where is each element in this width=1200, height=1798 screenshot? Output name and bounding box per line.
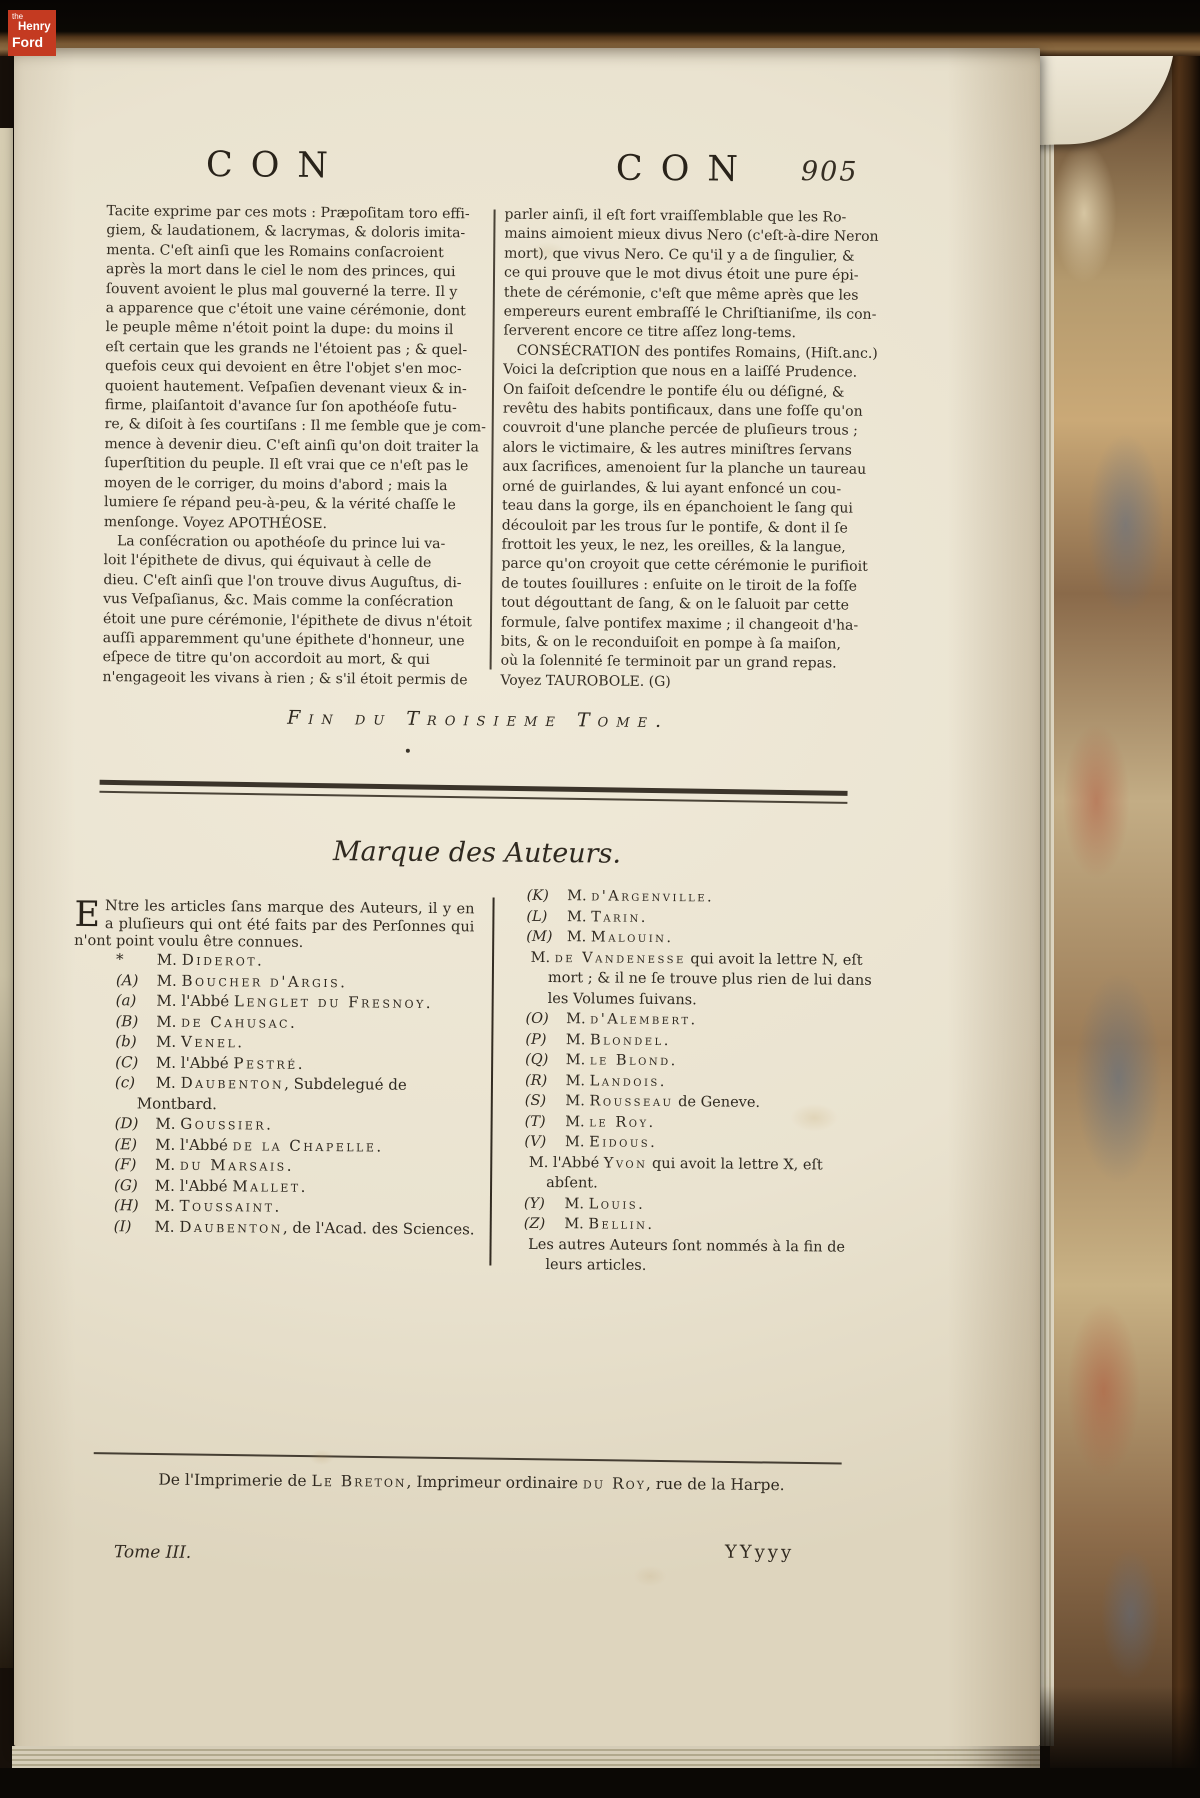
author-mark: (P) (525, 1029, 561, 1050)
imprint-rule (94, 1452, 842, 1464)
drop-cap: E (74, 898, 105, 930)
page-number: 905 (801, 156, 859, 188)
author-mark: (H) (114, 1195, 150, 1216)
author-entry: M. de Vandenesse qui avoit la lettre N, … (526, 947, 879, 1012)
running-head-right: CON (581, 148, 791, 198)
author-name: de Vandenesse (555, 950, 686, 967)
logo-text-henry: Henry (18, 22, 56, 34)
author-entry: (F) M. du Marsais. (114, 1154, 486, 1178)
marbled-fore-edge (1050, 40, 1172, 1770)
author-name: Boucher d'Argis. (181, 971, 347, 990)
author-entry: (Q) M. le Blond. (525, 1050, 877, 1074)
authors-intro-paragraph: ENtre les articles ſans marque des Auteu… (74, 898, 474, 954)
author-entry: (D) M. Goussier. (115, 1113, 487, 1137)
author-title: M. (156, 1012, 176, 1030)
author-title: M. (566, 1052, 586, 1068)
author-title: M. (565, 1114, 585, 1130)
author-mark: (C) (115, 1052, 151, 1073)
author-title: M. (531, 949, 551, 965)
author-entry: M. l'Abbé Yvon qui avoit la lettre X, eſ… (524, 1152, 876, 1196)
logo-text-the: the (12, 13, 56, 21)
author-title: M. (156, 1033, 176, 1051)
author-mark: (c) (115, 1072, 151, 1093)
author-name: Eidous. (589, 1134, 657, 1151)
author-note: , de l'Acad. des Sciences. (283, 1218, 475, 1238)
author-title: M. l'Abbé (156, 1053, 229, 1072)
author-name: d'Argenville. (591, 888, 714, 905)
author-title: M. l'Abbé (155, 1176, 228, 1195)
author-title: M. (566, 1032, 586, 1048)
column-divider-rule (490, 210, 496, 670)
author-name: Lenglet du Fresnoy. (234, 992, 433, 1012)
ink-dot (406, 749, 410, 753)
author-name: du Marsais. (180, 1156, 294, 1175)
author-entry: (S) M. Rousseau de Geneve. (525, 1091, 877, 1115)
author-mark: (O) (525, 1009, 561, 1030)
author-title: M. (566, 1073, 586, 1089)
author-name: Bellin. (588, 1216, 654, 1233)
book-scan: CON CON 905 Tacite exprime par ces mots … (0, 0, 1200, 1798)
authors-column-divider (489, 898, 494, 1266)
text-line: n'engageoit les vivans à rien ; & s'il é… (102, 668, 486, 691)
author-mark: (b) (115, 1031, 151, 1052)
author-mark: (F) (114, 1154, 150, 1175)
intro-text: Ntre les articles ſans marque des Auteur… (74, 898, 474, 951)
author-title: M. (564, 1196, 584, 1212)
author-name: de la Chapelle. (233, 1136, 384, 1155)
authors-list-right: (K) M. d'Argenville.(L) M. Tarin.(M) M. … (523, 886, 878, 1279)
author-name: Landois. (590, 1073, 667, 1090)
author-entry: (c) M. Daubenton, Subdelegué de Montbard… (115, 1072, 487, 1116)
text-line: tout dégouttant de ſang, & on le ſaluoit… (501, 594, 875, 617)
article-right-column: parler ainſi, il eſt fort vraiſſemblable… (500, 206, 878, 694)
author-name: Malouin. (591, 929, 674, 946)
author-name: Yvon (604, 1155, 648, 1171)
author-title: M. (155, 1115, 175, 1133)
author-mark: (Z) (524, 1214, 560, 1235)
author-title: M. l'Abbé (155, 1135, 228, 1154)
author-title: M. (157, 971, 177, 989)
author-title: M. (155, 1197, 175, 1215)
authors-list-left: * M. Diderot.(A) M. Boucher d'Argis.(a) … (114, 949, 488, 1239)
author-title: M. (156, 1074, 176, 1092)
author-name: Rousseau (589, 1093, 673, 1110)
author-name: Blondel. (590, 1032, 671, 1049)
article-left-column: Tacite exprime par ces mots : Præpoſitam… (102, 202, 490, 690)
royal-title: du Roy (583, 1474, 646, 1493)
author-name: de Cahusac. (181, 1012, 297, 1031)
author-mark: (R) (525, 1070, 561, 1091)
author-name: d'Alembert. (590, 1011, 698, 1028)
author-title: M. (565, 1093, 585, 1109)
author-mark: (T) (525, 1111, 561, 1132)
author-mark: (G) (114, 1175, 150, 1196)
author-name: Goussier. (180, 1115, 273, 1134)
author-mark: (S) (525, 1091, 561, 1112)
section-divider (99, 780, 847, 804)
volume-label: Tome III. (114, 1542, 192, 1563)
author-name: Tarin. (591, 909, 648, 925)
author-mark: (E) (114, 1134, 150, 1155)
text-line: vus Veſpaſianus, &c. Mais comme la conſé… (103, 590, 487, 613)
author-entry: (K) M. d'Argenville. (527, 886, 879, 910)
author-mark: (a) (116, 990, 152, 1011)
author-title: M. (567, 888, 587, 904)
author-entry: (I) M. Daubenton, de l'Acad. des Science… (114, 1216, 486, 1240)
end-of-volume-line: Fin du Troisieme Tome. (148, 706, 808, 734)
page-content: CON CON 905 Tacite exprime par ces mots … (0, 45, 1040, 1752)
author-mark: (V) (524, 1132, 560, 1153)
author-name: Toussaint. (180, 1197, 282, 1216)
author-entry: (M) M. Malouin. (526, 927, 878, 951)
running-head-left: CON (171, 145, 381, 195)
author-title: M. (155, 1156, 175, 1174)
author-mark: (L) (526, 906, 562, 927)
imprint-text: , rue de la Harpe. (646, 1475, 785, 1494)
author-entry: (V) M. Eidous. (524, 1132, 876, 1156)
author-entry: (b) M. Venel. (115, 1031, 487, 1055)
bottom-background (0, 1768, 1200, 1798)
author-title: M. (567, 929, 587, 945)
author-title: M. (154, 1217, 174, 1235)
signature-mark: YYyyy (725, 1542, 794, 1564)
author-entry: (Z) M. Bellin. (524, 1214, 876, 1238)
author-entry: (O) M. d'Alembert. (525, 1009, 877, 1033)
author-name: Venel. (181, 1033, 245, 1052)
author-note: Les autres Auteurs ſont nommés à la fin … (528, 1236, 845, 1274)
printer-imprint: De l'Imprimerie de Le Breton, Imprimeur … (61, 1470, 881, 1495)
author-entry: Les autres Auteurs ſont nommés à la fin … (523, 1234, 875, 1278)
author-title: M. l'Abbé (529, 1154, 599, 1171)
author-name: le Roy. (589, 1114, 656, 1131)
author-title: M. (567, 909, 587, 925)
author-name: Mallet. (232, 1177, 308, 1196)
author-name: Louis. (589, 1196, 646, 1212)
imprint-text: , Imprimeur ordinaire (406, 1473, 583, 1493)
imprint-text: De l'Imprimerie de (158, 1471, 311, 1490)
author-title: M. (157, 951, 177, 969)
author-title: M. l'Abbé (156, 992, 229, 1011)
bottom-shadow (1040, 1686, 1200, 1776)
author-entry: (H) M. Toussaint. (114, 1195, 486, 1219)
printer-name: Le Breton (311, 1472, 406, 1491)
author-mark: (K) (527, 886, 563, 907)
author-mark: (D) (115, 1113, 151, 1134)
author-title: M. (566, 1011, 586, 1027)
author-mark: (M) (526, 927, 562, 948)
author-name: Diderot. (182, 951, 265, 970)
author-entry: (a) M. l'Abbé Lenglet du Fresnoy. (116, 990, 488, 1014)
text-line: teau dans la gorge, ils en épanchoient l… (502, 497, 876, 520)
author-note: de Geneve. (673, 1094, 760, 1111)
author-mark: (Q) (525, 1050, 561, 1071)
author-title: M. (564, 1216, 584, 1232)
author-name: Daubenton (181, 1074, 285, 1093)
author-name: le Blond. (590, 1052, 678, 1069)
author-mark: (Y) (524, 1193, 560, 1214)
author-title: M. (565, 1134, 585, 1150)
author-name: Pestré. (233, 1054, 305, 1073)
author-mark: (A) (116, 970, 152, 991)
authors-section-heading: Marque des Auteurs. (147, 835, 807, 872)
author-mark: * (116, 949, 152, 970)
book-page: CON CON 905 Tacite exprime par ces mots … (14, 48, 1040, 1746)
text-line: lumiere ſe répand peu-à-peu, & la vérité… (104, 493, 488, 516)
henry-ford-logo: the Henry Ford (8, 10, 56, 56)
author-mark: (B) (115, 1011, 151, 1032)
bottom-page-edges (12, 1746, 1040, 1768)
text-line: Voyez TAUROBOLE. (G) (500, 671, 874, 694)
author-entry: * M. Diderot. (116, 949, 488, 973)
author-mark: (I) (114, 1216, 150, 1237)
author-name: Daubenton (179, 1217, 283, 1236)
logo-text-ford: Ford (12, 35, 56, 49)
